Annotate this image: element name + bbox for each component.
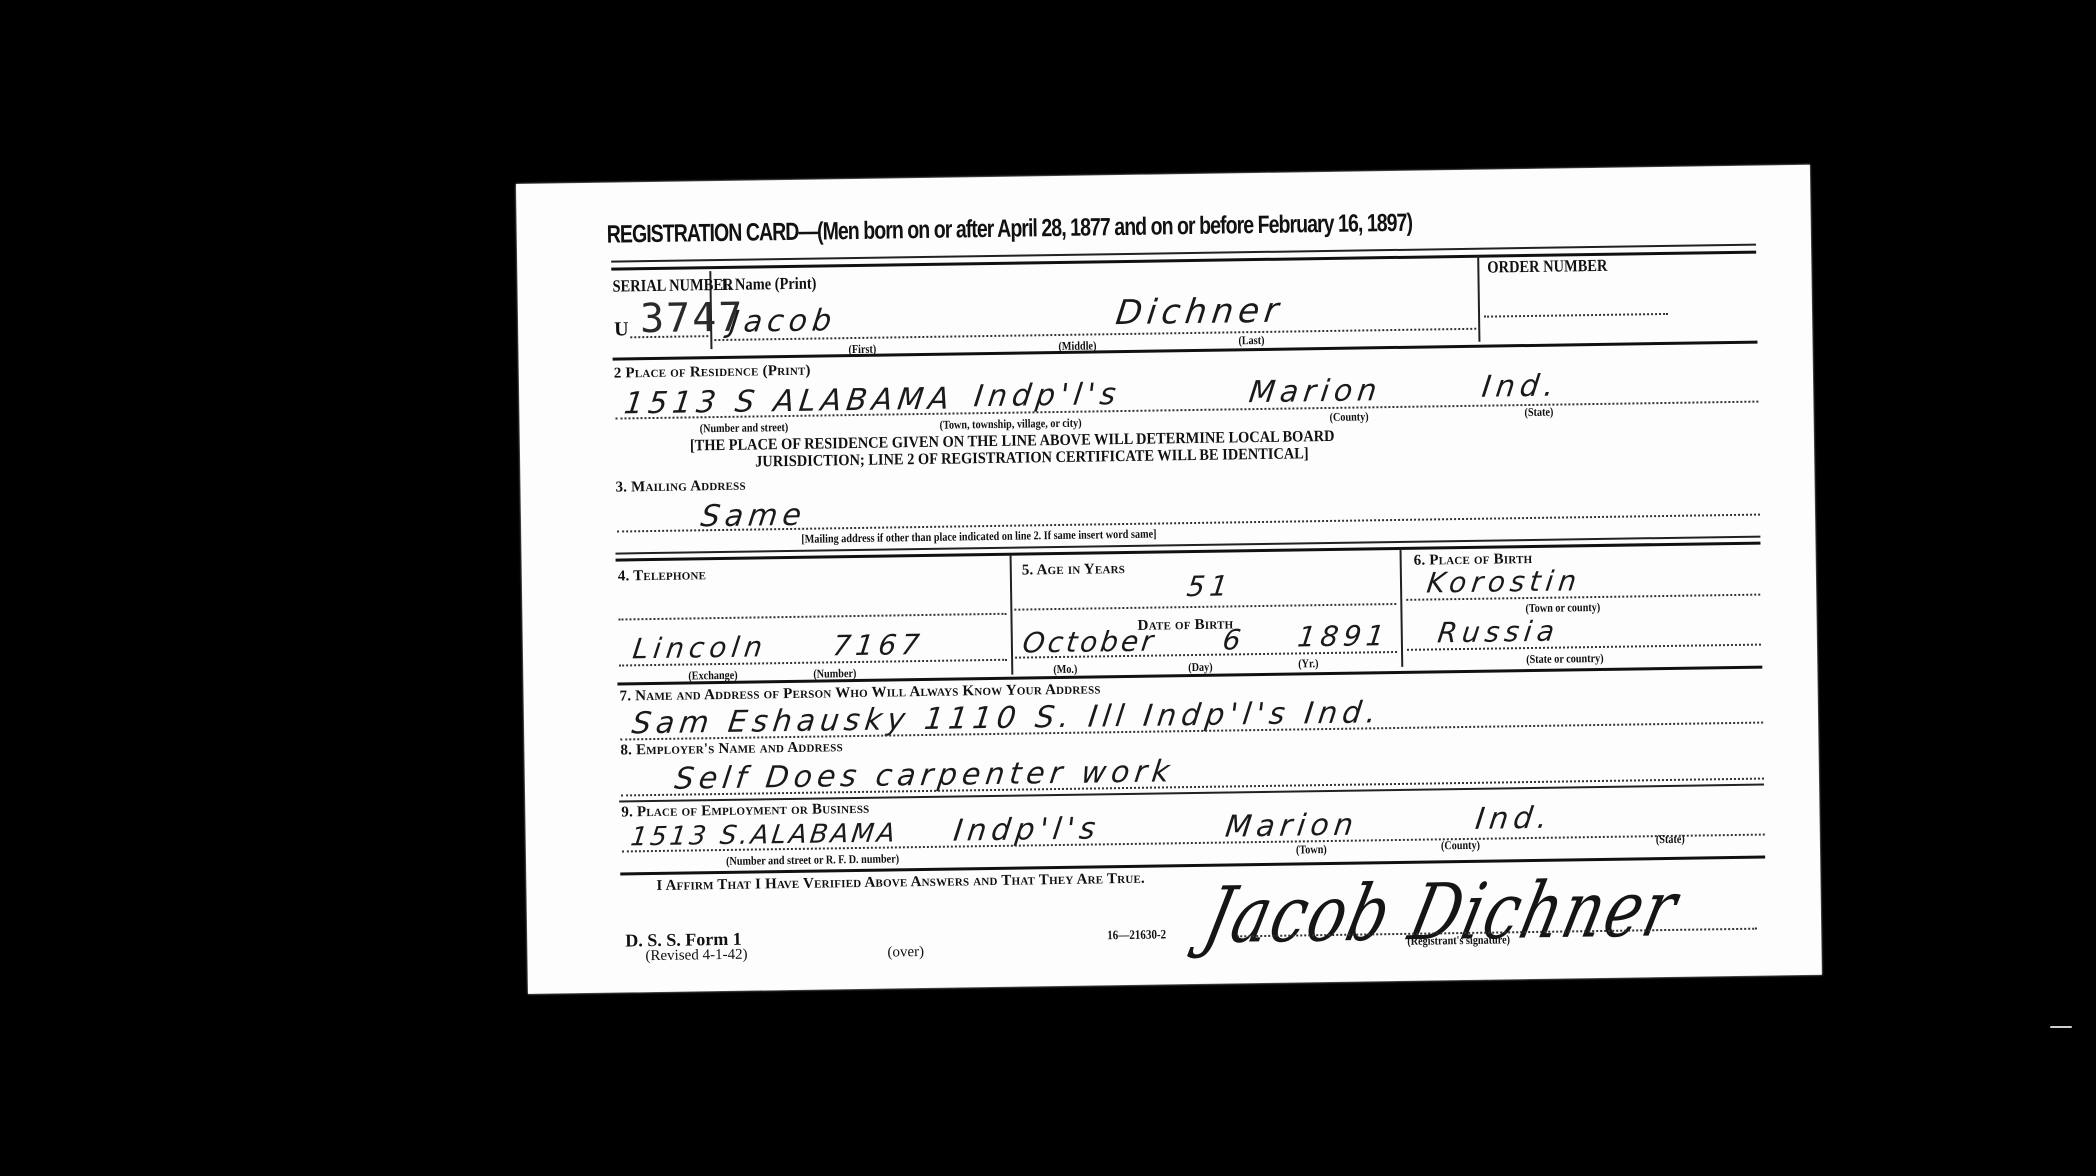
registration-card: REGISTRATION CARD—(Men born on or after … — [516, 165, 1822, 994]
dob-year[interactable]: 1891 — [1296, 619, 1391, 653]
age-value[interactable]: 51 — [1185, 569, 1235, 603]
employment-street-sublabel: (Number and street or R. F. D. number) — [726, 851, 899, 869]
order-number-label: ORDER NUMBER — [1487, 256, 1607, 278]
order-divider — [1477, 256, 1480, 342]
affirmation-text: I Affirm That I Have Verified Above Answ… — [656, 871, 1145, 895]
scan-artifact — [2050, 1026, 2072, 1028]
employment-town-sublabel: (Town) — [1296, 842, 1327, 857]
employment-state[interactable]: Ind. — [1473, 801, 1554, 837]
name-last-sublabel: (Last) — [1238, 333, 1264, 348]
dob-day[interactable]: 6 — [1221, 623, 1248, 656]
residence-town-sublabel: (Town, township, village, or city) — [940, 416, 1082, 433]
print-code: 16—21630-2 — [1107, 926, 1166, 943]
residence-town[interactable]: Indp'l's — [972, 377, 1123, 414]
employer-label: 8. Employer's Name and Address — [620, 739, 843, 759]
age-underline — [1014, 603, 1396, 611]
serial-label: SERIAL NUMBER — [612, 275, 733, 297]
birthplace-country-sublabel: (State or country) — [1526, 651, 1604, 667]
birthplace-country[interactable]: Russia — [1436, 615, 1561, 650]
serial-prefix: U — [614, 318, 629, 341]
telephone-divider — [1010, 555, 1014, 675]
residence-state[interactable]: Ind. — [1480, 369, 1561, 405]
row1-rule — [613, 341, 1758, 361]
birthplace-town[interactable]: Korostin — [1425, 564, 1583, 599]
birth-divider — [1400, 549, 1404, 667]
age-label: 5. Age in Years — [1022, 561, 1125, 580]
telephone-mid-underline — [618, 613, 1006, 621]
dob-year-sublabel: (Yr.) — [1298, 656, 1319, 671]
telephone-exchange[interactable]: Lincoln — [631, 630, 769, 665]
order-number-underline — [1484, 313, 1668, 318]
name-last[interactable]: Dichner — [1113, 291, 1285, 334]
telephone-number[interactable]: 7167 — [831, 628, 926, 662]
name-label: 1. Name (Print) — [720, 274, 816, 295]
form-revised: (Revised 4-1-42) — [645, 947, 747, 966]
residence-county[interactable]: Marion — [1247, 373, 1384, 410]
name-first[interactable]: Jacob — [728, 303, 839, 340]
mailing-label: 3. Mailing Address — [615, 478, 746, 497]
residence-street-sublabel: (Number and street) — [700, 420, 789, 436]
over-note: (over) — [887, 944, 924, 962]
employment-county-sublabel: (County) — [1441, 838, 1480, 854]
residence-state-sublabel: (State) — [1524, 405, 1553, 420]
residence-label: 2 Place of Residence (Print) — [614, 363, 811, 383]
card-title-text: REGISTRATION CARD—(Men born on or after … — [607, 209, 1413, 250]
birthplace-town-sublabel: (Town or county) — [1525, 600, 1600, 616]
mailing-note: [Mailing address if other than place ind… — [801, 527, 1156, 547]
employment-state-sublabel: (State) — [1656, 832, 1685, 847]
signature-sublabel: (Registrant's signature) — [1407, 932, 1510, 949]
telephone-label: 4. Telephone — [618, 567, 707, 585]
card-title — [510, 167, 1290, 179]
residence-county-sublabel: (County) — [1329, 409, 1368, 425]
